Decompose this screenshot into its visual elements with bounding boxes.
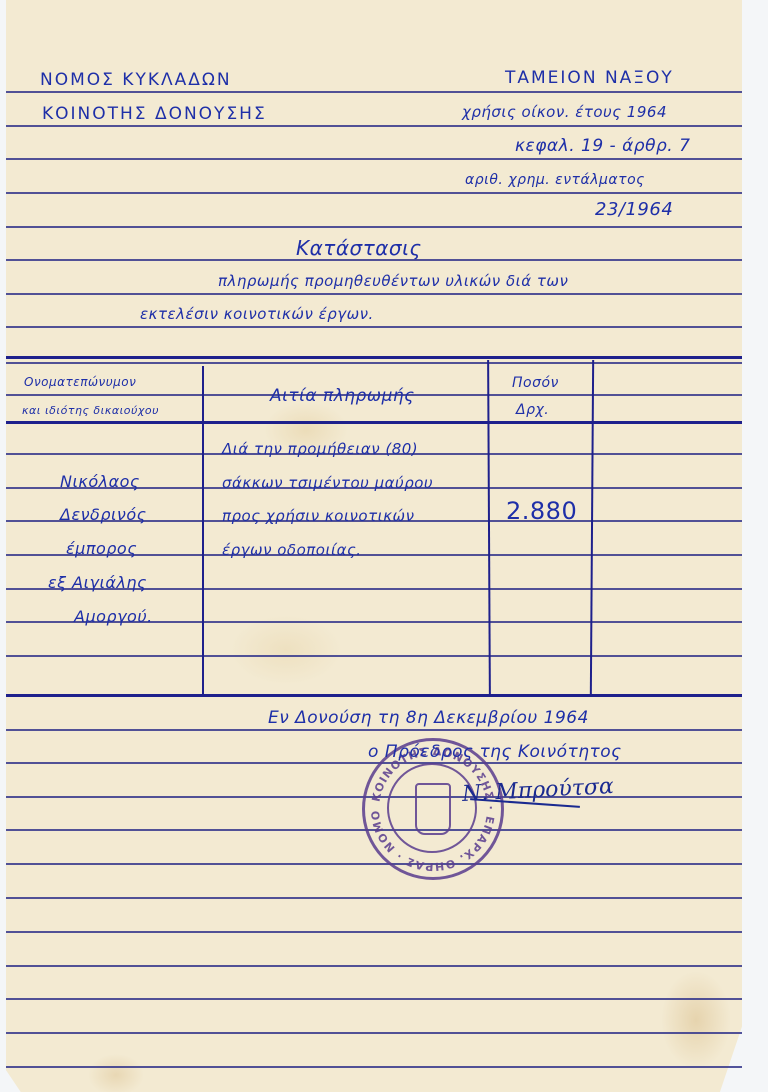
table-bottom-border xyxy=(6,694,742,697)
document-subtitle-line1: πληρωμής προμηθευθέντων υλικών διά των xyxy=(218,272,568,290)
ruled-line xyxy=(6,125,742,127)
header-name-line1: Ονοματεπώνυμον xyxy=(24,375,136,389)
payment-reason-line: Διά την προμήθειαν (80) xyxy=(222,440,418,458)
ruled-line xyxy=(6,226,742,228)
coat-of-arms-icon xyxy=(415,783,451,835)
ruled-line xyxy=(6,91,742,93)
payee-origin-line: εξ Αιγιάλης xyxy=(48,573,147,592)
ruled-line xyxy=(6,1032,742,1034)
ruled-line xyxy=(6,326,742,328)
document-subtitle-line2: εκτελέσιν κοινοτικών έργων. xyxy=(140,305,374,323)
table-header-bottom-border xyxy=(6,421,742,424)
header-amount-line2: Δρχ. xyxy=(516,402,549,418)
ruled-line xyxy=(6,655,742,657)
payee-origin-line: Αμοργού. xyxy=(74,607,153,626)
prefecture-label: ΝΟΜΟΣ ΚΥΚΛΑΔΩΝ xyxy=(40,70,232,90)
ruled-line xyxy=(6,293,742,295)
payment-reason-line: προς χρήσιν κοινοτικών xyxy=(222,507,414,525)
payment-reason-line: σάκκων τσιμέντου μαύρου xyxy=(222,474,433,492)
payment-reason-line: έργων οδοποιίας. xyxy=(222,541,362,559)
place-and-date: Εν Δονούση τη 8η Δεκεμβρίου 1964 xyxy=(268,708,589,728)
ruled-line xyxy=(6,729,742,731)
ruled-line xyxy=(6,158,742,160)
ruled-line xyxy=(6,965,742,967)
signatory-title: ο Πρόεδρος της Κοινότητος xyxy=(368,742,622,762)
ruled-line xyxy=(6,897,742,899)
document-title: Κατάστασις xyxy=(296,236,422,260)
payee-name-line: Δενδρινός xyxy=(60,505,147,524)
ruled-line xyxy=(6,362,742,364)
warrant-number-label: αριθ. χρημ. εντάλματος xyxy=(465,172,645,188)
payment-amount: 2.880 xyxy=(506,497,577,525)
table-top-border xyxy=(6,356,742,359)
ruled-line xyxy=(6,998,742,1000)
treasury-label: ΤΑΜΕΙΟΝ ΝΑΞΟΥ xyxy=(505,68,674,88)
chapter-article: κεφαλ. 19 - άρθρ. 7 xyxy=(515,136,690,156)
header-reason: Αιτία πληρωμής xyxy=(270,386,415,406)
warrant-number: 23/1964 xyxy=(595,199,673,220)
payee-name-line: Νικόλαος xyxy=(60,472,140,491)
ruled-line xyxy=(6,1066,742,1068)
payee-occupation: έμπορος xyxy=(66,539,137,558)
ruled-line xyxy=(6,192,742,194)
table-column-divider xyxy=(202,366,204,696)
community-label: ΚΟΙΝΟΤΗΣ ΔΟΝΟΥΣΗΣ xyxy=(42,104,267,124)
fiscal-year: χρήσις οίκον. έτους 1964 xyxy=(462,103,667,121)
ruled-line xyxy=(6,931,742,933)
header-amount-line1: Ποσόν xyxy=(512,375,559,391)
header-name-line2: και ιδιότης δικαιούχου xyxy=(22,404,159,417)
